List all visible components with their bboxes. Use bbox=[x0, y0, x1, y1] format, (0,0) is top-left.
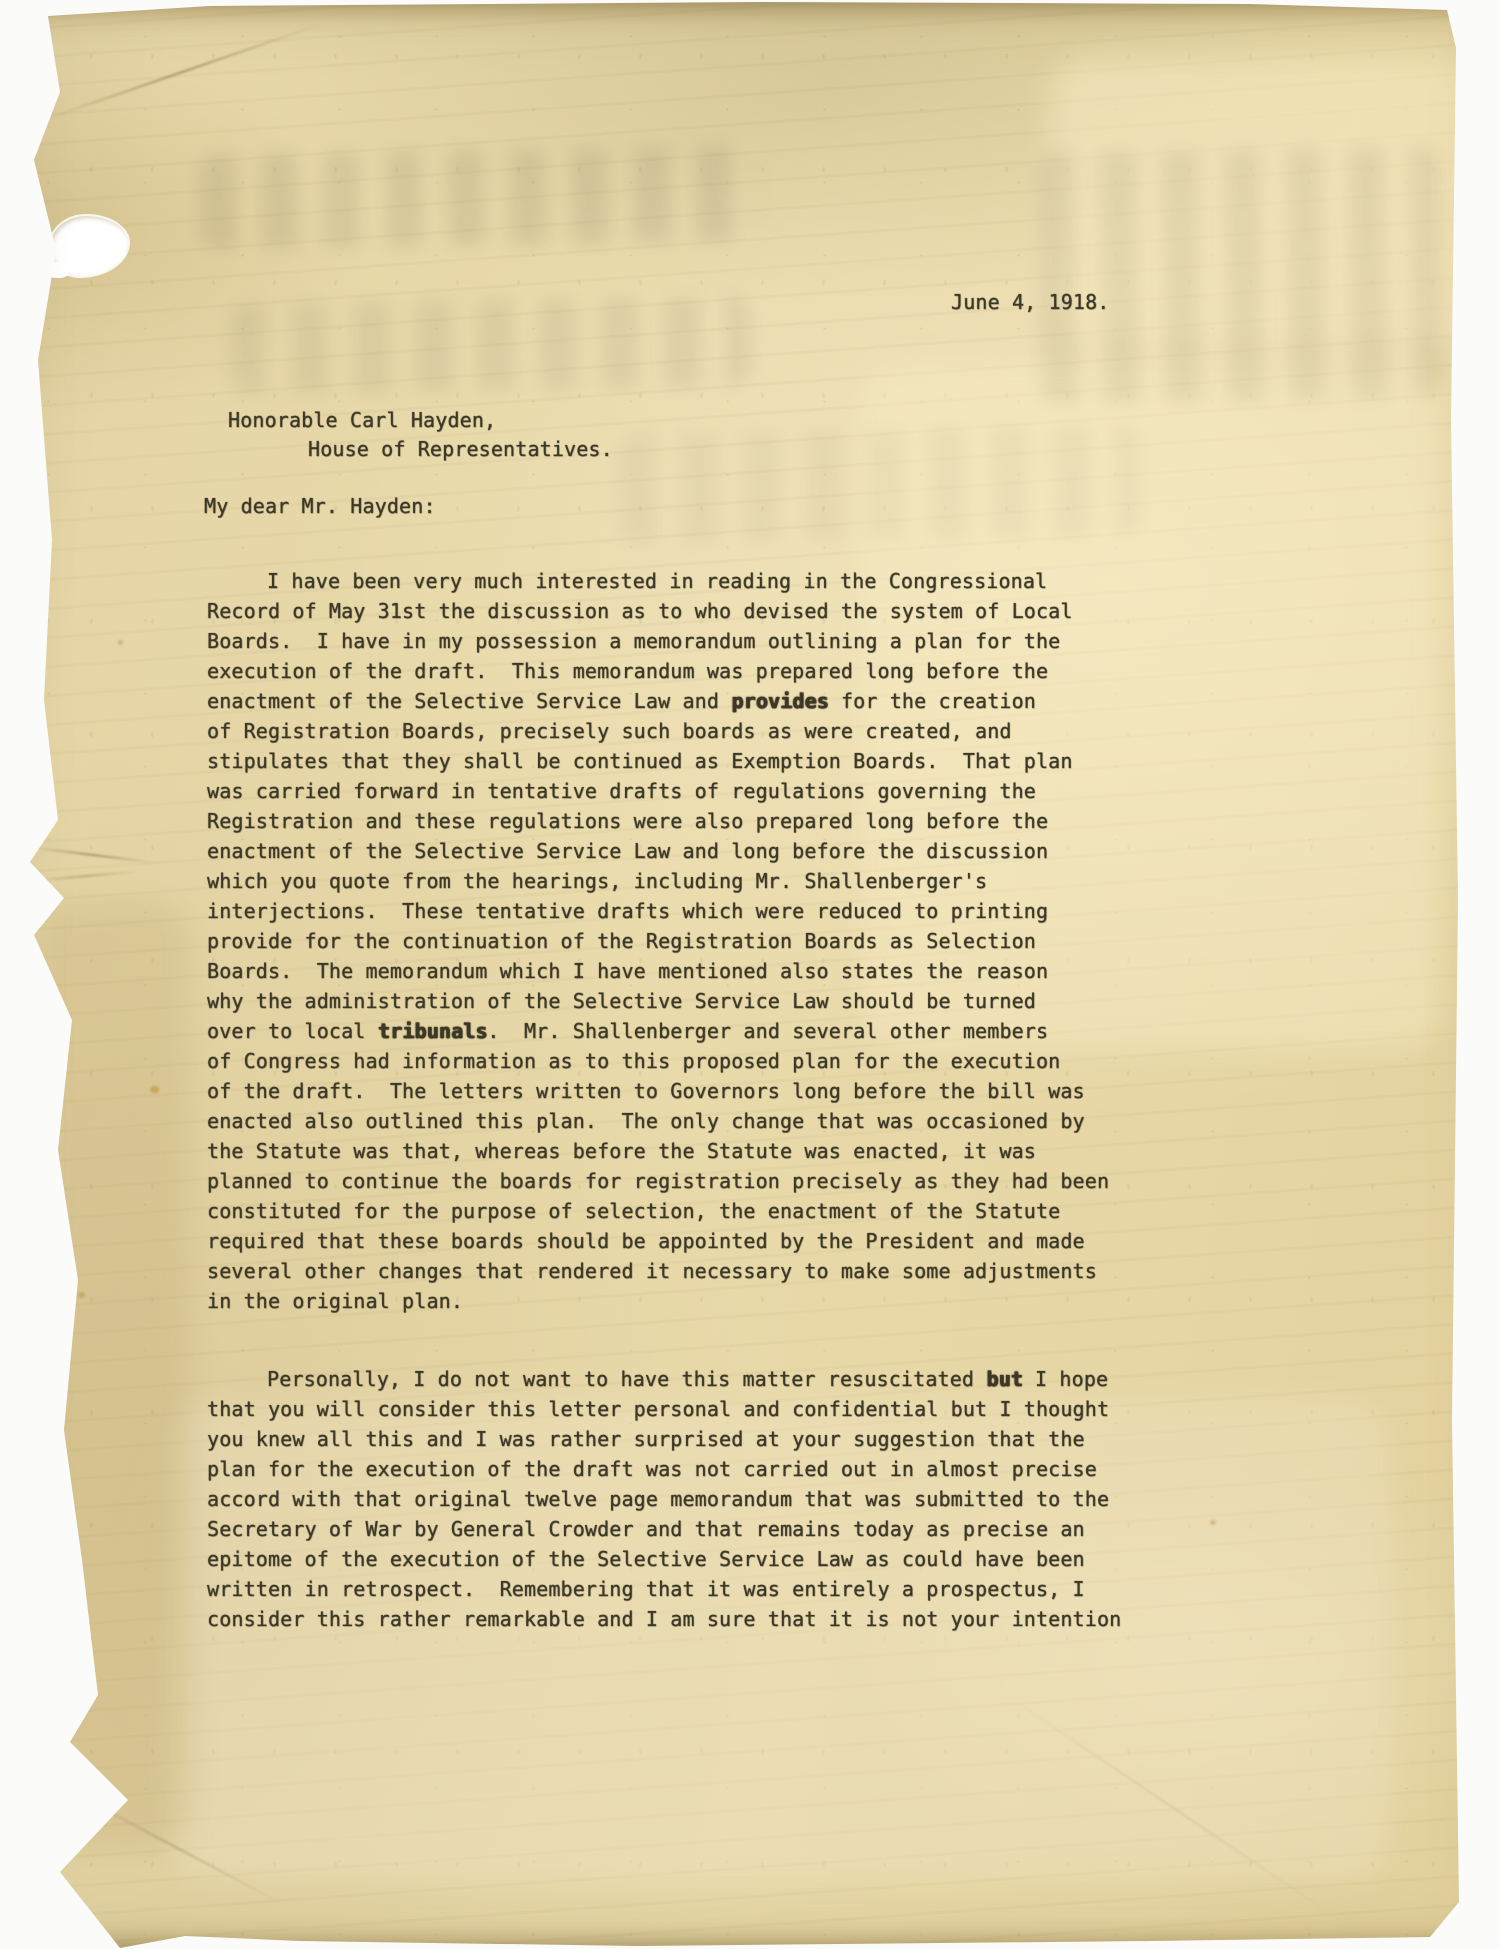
letter-line: was carried forward in tentative drafts … bbox=[207, 776, 1109, 806]
letter-line: enactment of the Selective Service Law a… bbox=[207, 836, 1109, 866]
letter-line: of Registration Boards, precisely such b… bbox=[207, 716, 1109, 746]
paragraph-1: I have been very much interested in read… bbox=[207, 566, 1109, 1316]
letter-line: Record of May 31st the discussion as to … bbox=[207, 596, 1109, 626]
letter-line: required that these boards should be app… bbox=[207, 1226, 1109, 1256]
letter-line: accord with that original twelve page me… bbox=[207, 1484, 1121, 1514]
paper-light-patch bbox=[860, 360, 1440, 1050]
letter-line: epitome of the execution of the Selectiv… bbox=[207, 1544, 1121, 1574]
overstruck-word: but bbox=[986, 1367, 1023, 1391]
foxing-spot bbox=[118, 640, 123, 645]
letter-line: the Statute was that, whereas before the… bbox=[207, 1136, 1109, 1166]
recipient-address: House of Representatives. bbox=[308, 437, 613, 461]
letter-line: planned to continue the boards for regis… bbox=[207, 1166, 1109, 1196]
recipient-name: Honorable Carl Hayden, bbox=[228, 408, 496, 432]
paper-shade-patch bbox=[40, 900, 190, 1850]
letter-line: consider this rather remarkable and I am… bbox=[207, 1604, 1121, 1634]
letter-line: enactment of the Selective Service Law a… bbox=[207, 686, 1109, 716]
paper-light-patch bbox=[1050, 55, 1480, 345]
letter-line: interjections. These tentative drafts wh… bbox=[207, 896, 1109, 926]
letter-line: that you will consider this letter perso… bbox=[207, 1394, 1121, 1424]
ink-bleed-through-ghost bbox=[199, 145, 761, 250]
punch-hole bbox=[50, 216, 128, 276]
paper-crease bbox=[70, 1790, 283, 1904]
letter-line: I have been very much interested in read… bbox=[207, 566, 1109, 596]
letter-line: Personally, I do not want to have this m… bbox=[207, 1364, 1121, 1394]
letter-line: in the original plan. bbox=[207, 1286, 1109, 1316]
paper-crease bbox=[40, 22, 324, 122]
line-text: Personally, I do not want to have this m… bbox=[267, 1367, 986, 1391]
overstruck-word: provides bbox=[731, 689, 829, 713]
letter-line: stipulates that they shall be continued … bbox=[207, 746, 1109, 776]
line-text: for the creation bbox=[829, 689, 1036, 713]
letter-line: Boards. I have in my possession a memora… bbox=[207, 626, 1109, 656]
letter-line: provide for the continuation of the Regi… bbox=[207, 926, 1109, 956]
date-line: June 4, 1918. bbox=[951, 290, 1109, 314]
letter-line: of the draft. The letters written to Gov… bbox=[207, 1076, 1109, 1106]
letter-line: of Congress had information as to this p… bbox=[207, 1046, 1109, 1076]
overstruck-word: tribunals bbox=[378, 1019, 488, 1043]
foxing-spot bbox=[1210, 1520, 1216, 1525]
line-text: enactment of the Selective Service Law a… bbox=[207, 689, 731, 713]
letter-page: June 4, 1918. Honorable Carl Hayden, Hou… bbox=[0, 0, 1500, 1949]
letter-line: plan for the execution of the draft was … bbox=[207, 1454, 1121, 1484]
letter-line: written in retrospect. Remembering that … bbox=[207, 1574, 1121, 1604]
letter-line: Secretary of War by General Crowder and … bbox=[207, 1514, 1121, 1544]
letter-line: which you quote from the hearings, inclu… bbox=[207, 866, 1109, 896]
foxing-spot bbox=[150, 1086, 159, 1093]
paper-crease bbox=[999, 1690, 1348, 1927]
ink-bleed-through-ghost bbox=[1038, 147, 1442, 404]
paper-tear-nick bbox=[43, 262, 69, 278]
paragraph-2: Personally, I do not want to have this m… bbox=[207, 1364, 1121, 1634]
line-text: I hope bbox=[1023, 1367, 1108, 1391]
foxing-spot bbox=[78, 1292, 85, 1298]
line-text: over to local bbox=[207, 1019, 378, 1043]
letter-line: enacted also outlined this plan. The onl… bbox=[207, 1106, 1109, 1136]
scanned-document: June 4, 1918. Honorable Carl Hayden, Hou… bbox=[0, 0, 1500, 1949]
ink-bleed-through-ghost bbox=[229, 295, 750, 394]
letter-line: Boards. The memorandum which I have ment… bbox=[207, 956, 1109, 986]
salutation: My dear Mr. Hayden: bbox=[204, 494, 436, 518]
ink-bleed-through-ghost bbox=[619, 425, 1141, 544]
typed-text-layer: June 4, 1918. Honorable Carl Hayden, Hou… bbox=[0, 0, 1500, 1949]
paper-light-patch bbox=[170, 1400, 1390, 1880]
line-text: . Mr. Shallenberger and several other me… bbox=[487, 1019, 1048, 1043]
letter-line: you knew all this and I was rather surpr… bbox=[207, 1424, 1121, 1454]
letter-line: why the administration of the Selective … bbox=[207, 986, 1109, 1016]
paper-crease bbox=[30, 870, 140, 882]
paper-crease bbox=[28, 846, 157, 864]
letter-line: over to local tribunals. Mr. Shallenberg… bbox=[207, 1016, 1109, 1046]
letter-line: Registration and these regulations were … bbox=[207, 806, 1109, 836]
letter-line: constituted for the purpose of selection… bbox=[207, 1196, 1109, 1226]
letter-line: execution of the draft. This memorandum … bbox=[207, 656, 1109, 686]
letter-line: several other changes that rendered it n… bbox=[207, 1256, 1109, 1286]
